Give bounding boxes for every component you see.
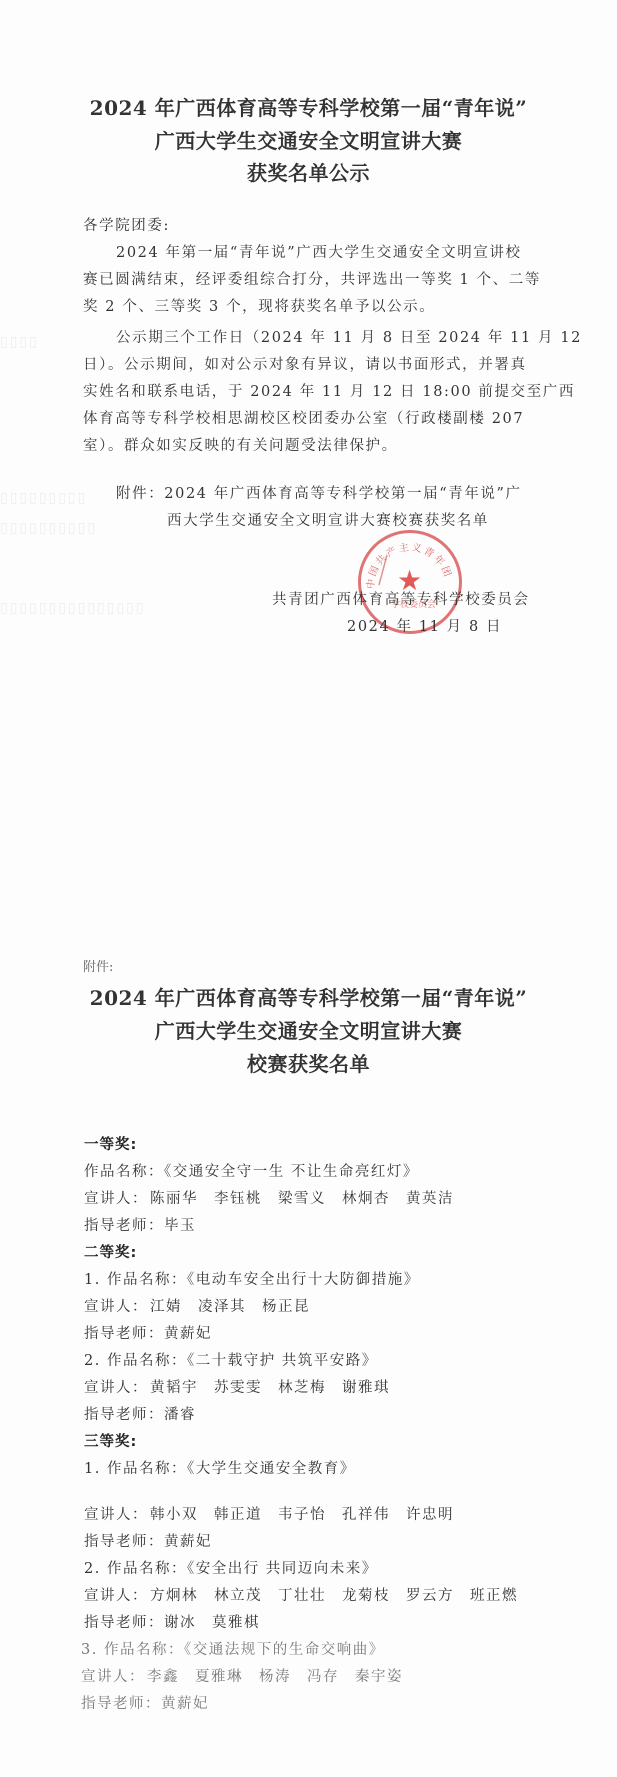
work-title: 1. 作品名称：《电动车安全出行十大防御措施》 <box>84 1268 420 1289</box>
prize-heading: 一等奖: <box>84 1133 137 1154</box>
attachment-title-line-1: 2024 年广西体育高等专科学校第一届“青年说” <box>0 982 617 1011</box>
attachment-title-line-3: 校赛获奖名单 <box>0 1048 617 1077</box>
speaker-name: 李钰桃 <box>214 1191 262 1207</box>
speakers-line: 宣讲人：黄韬宇苏雯雯林芝梅谢雅琪 <box>84 1376 390 1397</box>
speaker-name: 林炯杏 <box>342 1191 390 1207</box>
speakers-line: 宣讲人：江婧凌泽其杨正昆 <box>84 1295 310 1316</box>
paragraph-line: 赛已圆满结束，经评委组综合打分，共评选出一等奖 1 个、二等 <box>83 268 541 289</box>
speaker-name: 冯存 <box>307 1669 339 1685</box>
attachment-title-line-2: 广西大学生交通安全文明宣讲大赛 <box>0 1015 617 1044</box>
speakers-label: 宣讲人： <box>81 1669 145 1685</box>
bleed-through-text: ▯▯▯▯▯▯▯▯▯▯ <box>0 520 97 536</box>
speakers-label: 宣讲人： <box>84 1299 148 1315</box>
work-title: 1. 作品名称：《大学生交通安全教育》 <box>84 1457 356 1478</box>
work-title: 作品名称：《交通安全守一生 不让生命亮红灯》 <box>84 1160 419 1181</box>
speaker-name: 林立茂 <box>214 1588 262 1604</box>
paragraph-line: 室）。群众如实反映的有关问题受法律保护。 <box>83 434 398 455</box>
speaker-name: 黄韬宇 <box>150 1380 198 1396</box>
speaker-name: 丁壮壮 <box>278 1588 326 1604</box>
bleed-through-text: ▯▯▯▯▯▯▯▯▯▯▯▯▯▯▯ <box>0 600 146 616</box>
speaker-name: 杨涛 <box>259 1669 291 1685</box>
advisor-line: 指导老师：黄薪妃 <box>81 1692 209 1713</box>
signature-org: 共青团广西体育高等专科学校委员会 <box>272 588 530 609</box>
speaker-name: 苏雯雯 <box>214 1380 262 1396</box>
advisor-line: 指导老师：谢冰 莫雅棋 <box>84 1611 260 1632</box>
paragraph-line: 奖 2 个、三等奖 3 个，现将获奖名单予以公示。 <box>83 295 435 316</box>
speakers-line: 宣讲人：韩小双韩正道韦子怡孔祥伟许忠明 <box>84 1503 454 1524</box>
speaker-name: 方炯林 <box>150 1588 198 1604</box>
speaker-name: 黄英洁 <box>406 1191 454 1207</box>
speaker-name: 罗云方 <box>406 1588 454 1604</box>
speaker-name: 江婧 <box>150 1299 182 1315</box>
salutation: 各学院团委: <box>83 214 170 235</box>
speakers-line: 宣讲人：陈丽华李钰桃梁雪义林炯杏黄英洁 <box>84 1187 454 1208</box>
work-title: 3. 作品名称：《交通法规下的生命交响曲》 <box>81 1638 385 1659</box>
page-title-line-3: 获奖名单公示 <box>0 157 617 186</box>
work-title: 2. 作品名称：《安全出行 共同迈向未来》 <box>84 1557 378 1578</box>
speaker-name: 韩小双 <box>150 1507 198 1523</box>
attachment-label: 附件: <box>83 956 113 975</box>
page-title-line-2: 广西大学生交通安全文明宣讲大赛 <box>0 125 617 154</box>
prize-heading: 二等奖: <box>84 1241 137 1262</box>
speakers-label: 宣讲人： <box>84 1507 148 1523</box>
attachment-line: 附件：2024 年广西体育高等专科学校第一届“青年说”广 <box>116 482 522 503</box>
advisor-line: 指导老师：黄薪妃 <box>84 1530 212 1551</box>
paragraph-line: 实姓名和联系电话，于 2024 年 11 月 12 日 18:00 前提交至广西 <box>83 380 575 401</box>
speaker-name: 李鑫 <box>147 1669 179 1685</box>
speakers-line: 宣讲人：方炯林林立茂丁壮壮龙菊枝罗云方班正燃 <box>84 1584 518 1605</box>
speaker-name: 班正燃 <box>470 1588 518 1604</box>
paragraph-line: 体育高等专科学校相思湖校区校团委办公室（行政楼副楼 207 <box>83 407 524 428</box>
speaker-name: 谢雅琪 <box>342 1380 390 1396</box>
signature-date: 2024 年 11 月 8 日 <box>347 615 502 636</box>
page-title-line-1: 2024 年广西体育高等专科学校第一届“青年说” <box>0 92 617 121</box>
speakers-label: 宣讲人： <box>84 1191 148 1207</box>
speaker-name: 龙菊枝 <box>342 1588 390 1604</box>
speakers-label: 宣讲人： <box>84 1588 148 1604</box>
advisor-line: 指导老师：黄薪妃 <box>84 1322 212 1343</box>
work-title: 2. 作品名称：《二十载守护 共筑平安路》 <box>84 1349 378 1370</box>
speaker-name: 许忠明 <box>406 1507 454 1523</box>
speaker-name: 韦子怡 <box>278 1507 326 1523</box>
speakers-label: 宣讲人： <box>84 1380 148 1396</box>
speaker-name: 凌泽其 <box>198 1299 246 1315</box>
speaker-name: 杨正昆 <box>262 1299 310 1315</box>
paragraph-line: 公示期三个工作日（2024 年 11 月 8 日至 2024 年 11 月 12 <box>116 326 582 347</box>
speaker-name: 夏雅琳 <box>195 1669 243 1685</box>
attachment-line: 西大学生交通安全文明宣讲大赛校赛获奖名单 <box>167 509 489 530</box>
speaker-name: 秦宇姿 <box>355 1669 403 1685</box>
advisor-line: 指导老师：毕玉 <box>84 1214 196 1235</box>
speaker-name: 孔祥伟 <box>342 1507 390 1523</box>
prize-heading: 三等奖: <box>84 1430 137 1451</box>
paragraph-line: 日）。公示期间，如对公示对象有异议，请以书面形式，并署真 <box>83 353 527 374</box>
bleed-through-text: ▯▯▯▯ <box>0 334 39 350</box>
speakers-line: 宣讲人：李鑫夏雅琳杨涛冯存秦宇姿 <box>81 1665 403 1686</box>
bleed-through-text: ▯▯▯▯▯▯▯▯▯ <box>0 490 87 506</box>
speaker-name: 梁雪义 <box>278 1191 326 1207</box>
speaker-name: 韩正道 <box>214 1507 262 1523</box>
speaker-name: 陈丽华 <box>150 1191 198 1207</box>
paragraph-line: 2024 年第一届“青年说”广西大学生交通安全文明宣讲校 <box>116 241 522 262</box>
speaker-name: 林芝梅 <box>278 1380 326 1396</box>
advisor-line: 指导老师：潘睿 <box>84 1403 196 1424</box>
